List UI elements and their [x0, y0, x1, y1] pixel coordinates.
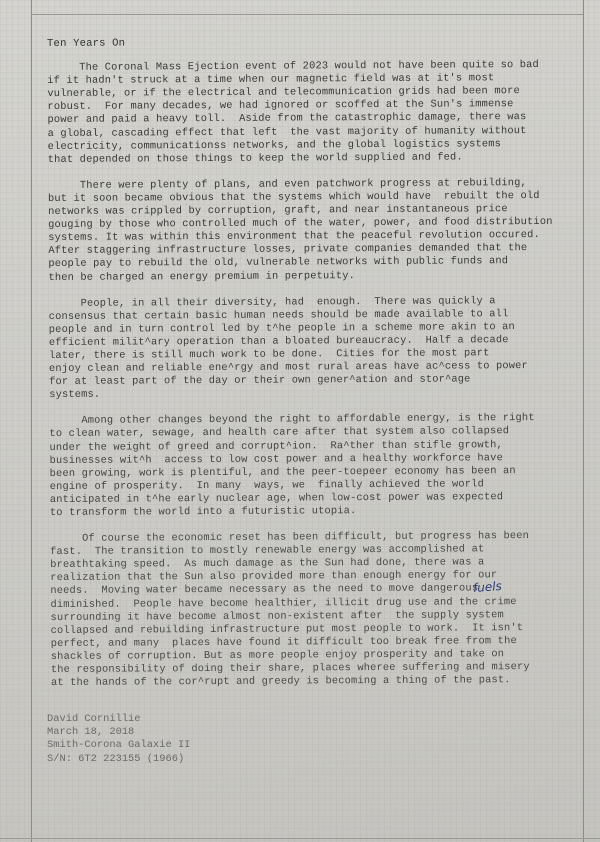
text-line: at the hands of the cor^rupt and greedy … — [51, 674, 571, 690]
handwritten-annotation: fuels — [473, 579, 503, 595]
typewritten-page: Ten Years On The Coronal Mass Ejection e… — [0, 0, 600, 842]
signature-author: David Cornillie — [47, 713, 190, 726]
text-line: to transform the world into a futuristic… — [50, 504, 570, 520]
paragraph-1: The Coronal Mass Ejection event of 2023 … — [47, 59, 568, 167]
signature-date: March 18, 2018 — [47, 726, 190, 739]
paragraph-3: People, in all their diversity, had enou… — [49, 294, 570, 402]
signature-serial: S/N: 6T2 223155 (1966) — [47, 753, 190, 766]
paragraph-5: Of course the economic reset has been di… — [50, 530, 571, 690]
signature-block: David Cornillie March 18, 2018 Smith-Cor… — [47, 713, 190, 766]
paragraph-4: Among other changes beyond the right to … — [49, 412, 570, 520]
left-margin-line — [31, 0, 32, 842]
paragraph-2: There were plenty of plans, and even pat… — [48, 177, 569, 285]
text-line: that depended on those things to keep th… — [48, 151, 568, 167]
signature-typewriter: Smith-Corona Galaxie II — [47, 739, 190, 752]
document-body: Ten Years On The Coronal Mass Ejection e… — [47, 35, 571, 703]
document-title: Ten Years On — [47, 35, 567, 51]
bottom-margin-line — [0, 838, 600, 839]
right-margin-line — [583, 0, 584, 842]
text-line: then be charged an energy premium in per… — [48, 268, 568, 284]
top-margin-line — [31, 14, 583, 15]
